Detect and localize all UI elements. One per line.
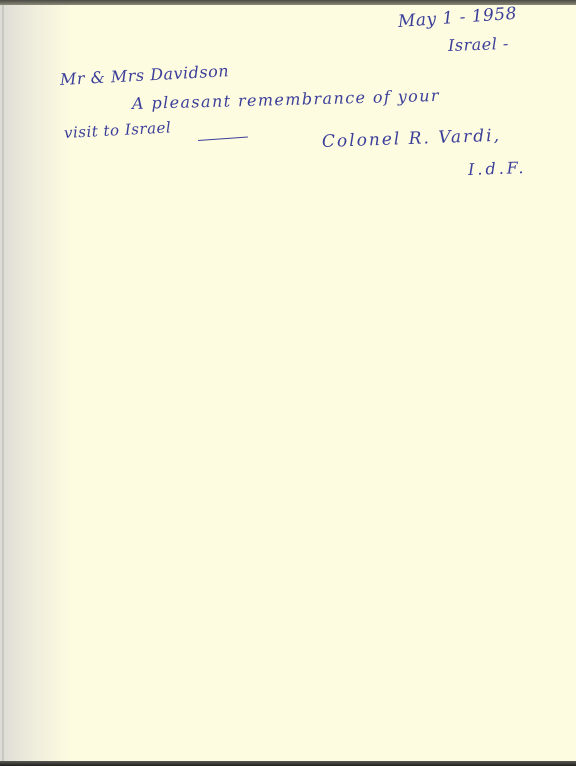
dedication-line-2: visit to Israel	[64, 118, 172, 142]
salutation: Mr & Mrs Davidson	[60, 61, 230, 89]
page-left-edge	[2, 5, 4, 761]
signature-name: Colonel R. Vardi,	[322, 126, 502, 152]
scanned-page: May 1 - 1958 Israel - Mr & Mrs Davidson …	[0, 0, 576, 766]
dedication-line-1: A pleasant remembrance of your	[132, 86, 440, 113]
scan-bottom-edge	[0, 761, 576, 766]
signature-affiliation: I.d.F.	[468, 158, 527, 179]
handwritten-place: Israel -	[448, 34, 509, 55]
dedication-underline	[198, 137, 248, 141]
book-gutter-shadow	[0, 5, 70, 761]
scan-top-edge	[0, 0, 576, 5]
handwritten-date: May 1 - 1958	[397, 4, 517, 32]
